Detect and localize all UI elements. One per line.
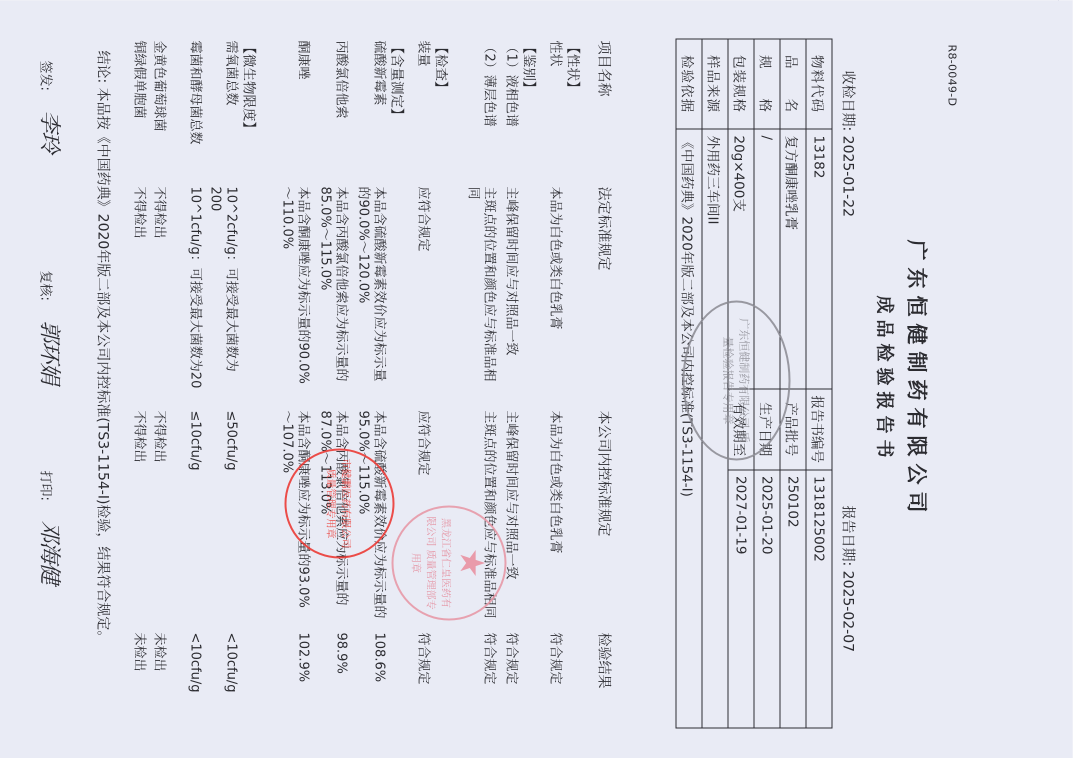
row-result: 98.9% — [333, 633, 349, 733]
print-signature: 邓海健 — [36, 521, 67, 584]
report-title: 成品检验报告书 — [873, 1, 899, 758]
stamp-text: 市健鹏医药有限公司 质量管理专用章 — [325, 458, 355, 549]
row-result: 符合规定 — [481, 633, 497, 733]
row-item: 霉菌和酵母菌总数 — [187, 41, 203, 191]
section-identification: 【鉴别】 — [521, 41, 541, 191]
approve-signature: 李玲 — [36, 111, 67, 153]
row-legal: 主斑点的位置和颜色应与标准品相同 — [465, 187, 497, 392]
product-name-label: 品 名 — [780, 39, 806, 129]
conclusion-label: 结论: — [94, 51, 111, 84]
row-item: 金黄色葡萄球菌 — [151, 41, 167, 191]
batch-value: 250102 — [780, 470, 806, 729]
inspection-report-page: R8-0049-D 广东恒健制药有限公司 成品检验报告书 收检日期: 2025-… — [0, 1, 1073, 758]
row-legal: 本品为白色或类白色乳膏 — [547, 187, 563, 392]
company-name: 广东恒健制药有限公司 — [903, 1, 933, 758]
row-internal: ≤50cfu/g — [223, 411, 239, 621]
material-code-label: 物料代码 — [806, 39, 832, 129]
spec-label: 规 格 — [754, 39, 780, 129]
row-result: 符合规定 — [415, 633, 431, 733]
conclusion-text: 本品按《中国药典》2020年版二部及本公司内控标准(TS3-1154-I)检验，… — [94, 88, 111, 688]
row-legal: 不得检出 — [151, 187, 167, 392]
row-legal: 10^2cfu/g：可接受最大菌数为200 — [207, 187, 239, 392]
row-item: 铜绿假单胞菌 — [131, 41, 147, 191]
section-assay: 【含量测定】 — [389, 41, 409, 191]
row-internal: ≤10cfu/g — [187, 411, 203, 621]
stamp-text: 广东恒健制药有限公司 质量检验报告专用章 — [721, 313, 753, 447]
report-no-label: 报告书编号 — [806, 389, 832, 470]
row-result: 未检出 — [151, 633, 167, 733]
expiry-value: 2027-01-19 — [728, 470, 754, 729]
row-result: <10cfu/g — [187, 633, 203, 733]
row-legal: 本品含酮康唑应为标示量的90.0%～110.0% — [279, 187, 311, 392]
received-date-label: 收检日期: — [840, 71, 856, 132]
package-label: 包装规格 — [728, 39, 754, 129]
header-internal: 本公司内控标准规定 — [595, 411, 615, 621]
source-label: 样品来源 — [702, 39, 728, 129]
row-item: 装量 — [415, 41, 431, 191]
row-internal: 不得检出 — [131, 411, 147, 621]
report-no-value: 1318125002 — [806, 470, 832, 729]
row-item: 需氧菌总数 — [223, 41, 239, 191]
mfg-date-value: 2025-01-20 — [754, 470, 780, 729]
row-legal: 本品含丙酸氯倍他索应为标示量的85.0%～115.0% — [317, 187, 349, 392]
pharmacy-stamp: 市健鹏医药有限公司 质量管理专用章 — [285, 449, 395, 559]
basis-label: 检验依据 — [676, 39, 702, 129]
row-legal: 应符合规定 — [415, 187, 431, 392]
review-signature: 郭环娟 — [36, 321, 67, 384]
conclusion: 结论: 本品按《中国药典》2020年版二部及本公司内控标准(TS3-1154-I… — [94, 51, 111, 688]
row-result: 符合规定 — [547, 633, 563, 733]
row-internal: 主峰保留时间应与对照品一致 — [503, 411, 519, 621]
row-legal: 本品含硫酸新霉素效价应为标示量的90.0%～120.0% — [355, 187, 387, 392]
row-item: （1）液相色谱 — [503, 41, 519, 191]
row-item: 硫酸新霉素 — [371, 41, 387, 191]
row-legal: 主峰保留时间应与对照品一致 — [503, 187, 519, 392]
row-result: 108.6% — [371, 633, 387, 733]
row-result: 102.9% — [295, 633, 311, 733]
row-legal: 10^1cfu/g：可接受最大菌数为20 — [187, 187, 203, 392]
header-item: 项目名称 — [595, 41, 615, 191]
row-item: 性状 — [547, 41, 563, 191]
report-date-label: 报告日期: — [840, 506, 856, 567]
print-label: 打印: — [38, 471, 57, 501]
row-result: 符合规定 — [503, 633, 519, 733]
row-internal: 不得检出 — [151, 411, 167, 621]
report-date: 报告日期: 2025-02-07 — [839, 506, 859, 653]
stamp-content: ★ 黑龙江省仁皇医药有限公司 质量管理部专用章 — [410, 515, 489, 610]
star-icon: ★ — [452, 548, 492, 578]
company-qc-stamp: 广东恒健制药有限公司 质量检验报告专用章 — [683, 301, 791, 461]
table-row: 物料代码 13182 报告书编号 1318125002 — [806, 39, 832, 728]
row-item: 酮康唑 — [295, 41, 311, 191]
distributor-stamp: ★ 黑龙江省仁皇医药有限公司 质量管理部专用章 — [392, 506, 507, 621]
row-legal: 不得检出 — [131, 187, 147, 392]
section-inspection: 【检查】 — [433, 41, 453, 191]
report-date-value: 2025-02-07 — [840, 571, 856, 652]
row-result: <10cfu/g — [223, 633, 239, 733]
section-character: 【性状】 — [565, 41, 585, 191]
stamp-text: 黑龙江省仁皇医药有限公司 质量管理部专用章 — [410, 516, 451, 609]
received-date-value: 2025-01-22 — [840, 136, 856, 217]
row-internal: 本品为白色或类白色乳膏 — [547, 411, 563, 621]
header-legal: 法定标准规定 — [595, 187, 615, 392]
material-code-value: 13182 — [806, 129, 832, 389]
header-result: 检验结果 — [595, 633, 615, 733]
review-label: 复核: — [38, 271, 57, 301]
row-item: （2）薄层色谱 — [481, 41, 497, 191]
section-microbial: 【微生物限度】 — [241, 41, 261, 191]
approve-label: 签发: — [38, 61, 57, 91]
received-date: 收检日期: 2025-01-22 — [839, 71, 859, 218]
row-result: 未检出 — [131, 633, 147, 733]
form-code: R8-0049-D — [946, 45, 959, 107]
row-item: 丙酸氯倍他索 — [333, 41, 349, 191]
